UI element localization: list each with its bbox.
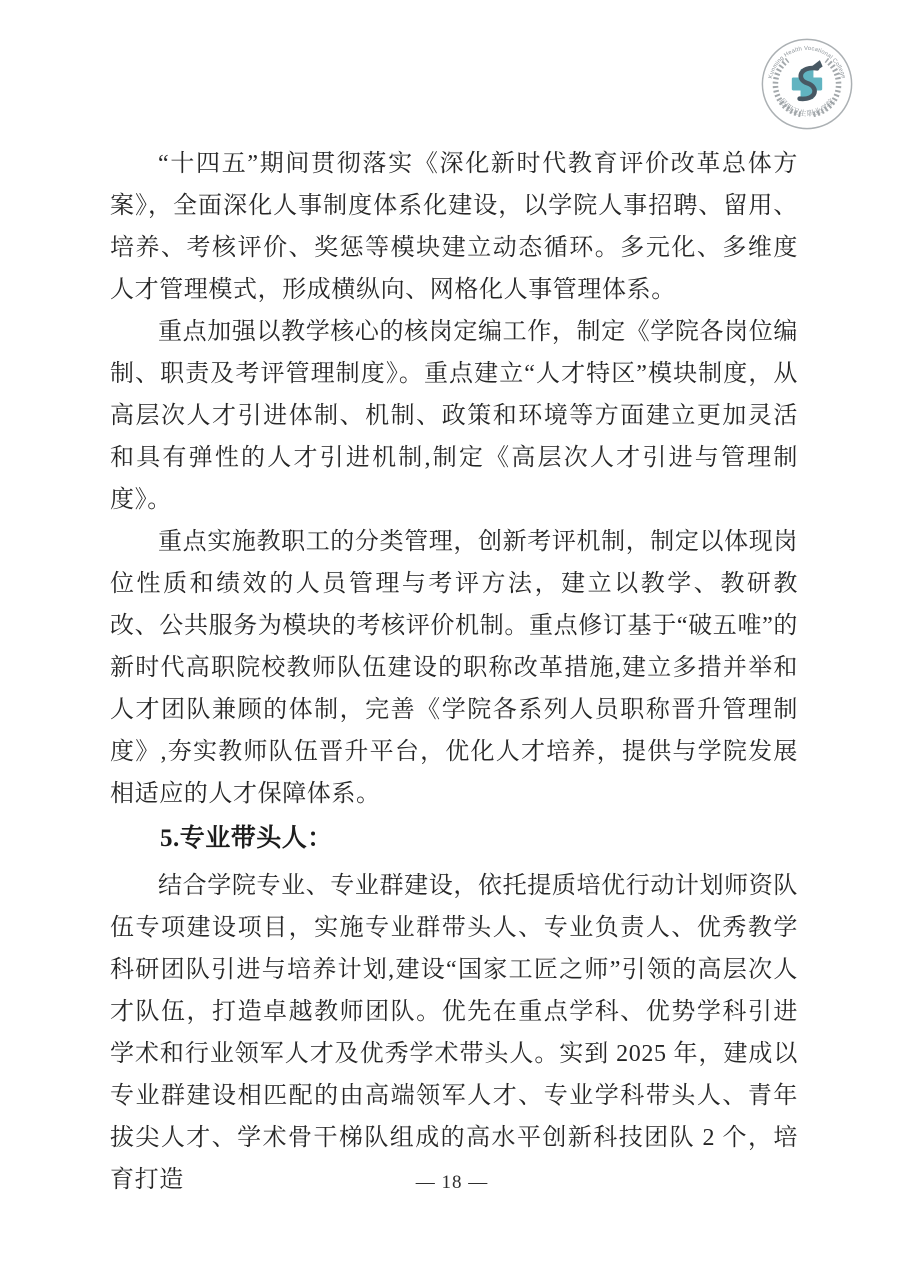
- college-seal-svg: Kunming Health Vocational College 昆明卫生职业…: [761, 38, 853, 130]
- section-heading-5: 5.专业带头人：: [110, 816, 798, 862]
- paragraph-1: “十四五”期间贯彻落实《深化新时代教育评价改革总体方案》，全面深化人事制度体系化…: [110, 143, 798, 311]
- college-seal-logo: Kunming Health Vocational College 昆明卫生职业…: [761, 38, 853, 130]
- page-number: — 18 —: [0, 1172, 904, 1194]
- document-page: Kunming Health Vocational College 昆明卫生职业…: [0, 0, 904, 1280]
- document-body: “十四五”期间贯彻落实《深化新时代教育评价改革总体方案》，全面深化人事制度体系化…: [110, 143, 798, 1201]
- paragraph-3: 重点实施教职工的分类管理，创新考评机制，制定以体现岗位性质和绩效的人员管理与考评…: [110, 521, 798, 815]
- paragraph-4: 结合学院专业、专业群建设，依托提质培优行动计划师资队伍专项建设项目，实施专业群带…: [110, 865, 798, 1201]
- paragraph-2: 重点加强以教学核心的核岗定编工作，制定《学院各岗位编制、职责及考评管理制度》。重…: [110, 311, 798, 521]
